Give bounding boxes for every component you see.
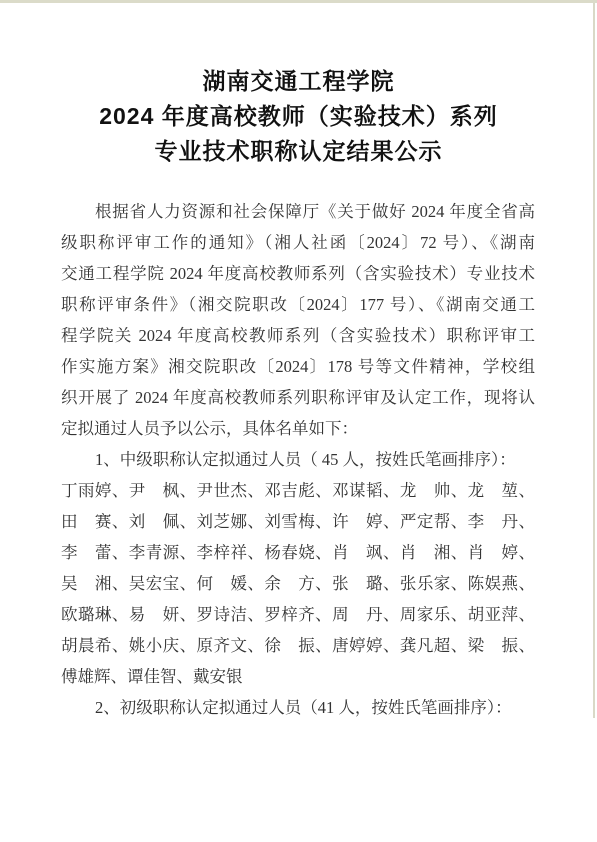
text-line: 胡晨希、姚小庆、原齐文、徐 振、唐婷婷、龚凡超、梁 振、 [61,630,535,661]
scan-edge-top [0,0,597,3]
text-line: 织开展了 2024 年度高校教师系列职称评审及认定工作，现将认 [61,382,535,413]
text-line: 程学院关 2024 年度高校教师系列（含实验技术）职称评审工 [61,320,535,351]
section-mid-level-names: 丁雨婷、尹 枫、尹世杰、邓吉彪、邓谋韬、龙 帅、龙 堃、田 赛、刘 佩、刘芝娜、… [61,475,535,692]
text-line: 欧璐琳、易 妍、罗诗洁、罗梓齐、周 丹、周家乐、胡亚萍、 [61,599,535,630]
title-line-announcement: 专业技术职称认定结果公示 [0,134,597,169]
text-line: 傅雄辉、谭佳智、戴安银 [61,661,535,692]
section-mid-level-heading: 1、中级职称认定拟通过人员（ 45 人，按姓氏笔画排序）： [61,444,535,475]
text-line: 吴 湘、吴宏宝、何 媛、余 方、张 璐、张乐家、陈娱燕、 [61,568,535,599]
title-line-institution: 湖南交通工程学院 [0,64,597,99]
intro-paragraph: 根据省人力资源和社会保障厅《关于做好 2024 年度全省高级职称评审工作的通知》… [61,196,535,444]
text-line: 丁雨婷、尹 枫、尹世杰、邓吉彪、邓谋韬、龙 帅、龙 堃、 [61,475,535,506]
section-junior-level-heading: 2、初级职称认定拟通过人员（41 人，按姓氏笔画排序）： [61,692,535,723]
document-body: 根据省人力资源和社会保障厅《关于做好 2024 年度全省高级职称评审工作的通知》… [61,196,535,723]
text-line: 作实施方案》湘交院职改〔2024〕178 号等文件精神，学校组 [61,351,535,382]
text-line: 交通工程学院 2024 年度高校教师系列（含实验技术）专业技术 [61,258,535,289]
text-line: 根据省人力资源和社会保障厅《关于做好 2024 年度全省高 [61,196,535,227]
text-line: 职称评审条件》（湘交院职改〔2024〕177 号）、《湖南交通工 [61,289,535,320]
title-line-series: 2024 年度高校教师（实验技术）系列 [0,99,597,134]
text-line: 田 赛、刘 佩、刘芝娜、刘雪梅、许 婷、严定帮、李 丹、 [61,506,535,537]
document-page: 湖南交通工程学院 2024 年度高校教师（实验技术）系列 专业技术职称认定结果公… [0,0,597,842]
scan-edge-right [593,3,595,718]
document-title: 湖南交通工程学院 2024 年度高校教师（实验技术）系列 专业技术职称认定结果公… [0,0,597,169]
text-line: 李 蕾、李青源、李梓祥、杨春娆、肖 飒、肖 湘、肖 婷、 [61,537,535,568]
text-line: 定拟通过人员予以公示，具体名单如下： [61,413,535,444]
text-line: 级职称评审工作的通知》（湘人社函〔2024〕72 号）、《湖南 [61,227,535,258]
